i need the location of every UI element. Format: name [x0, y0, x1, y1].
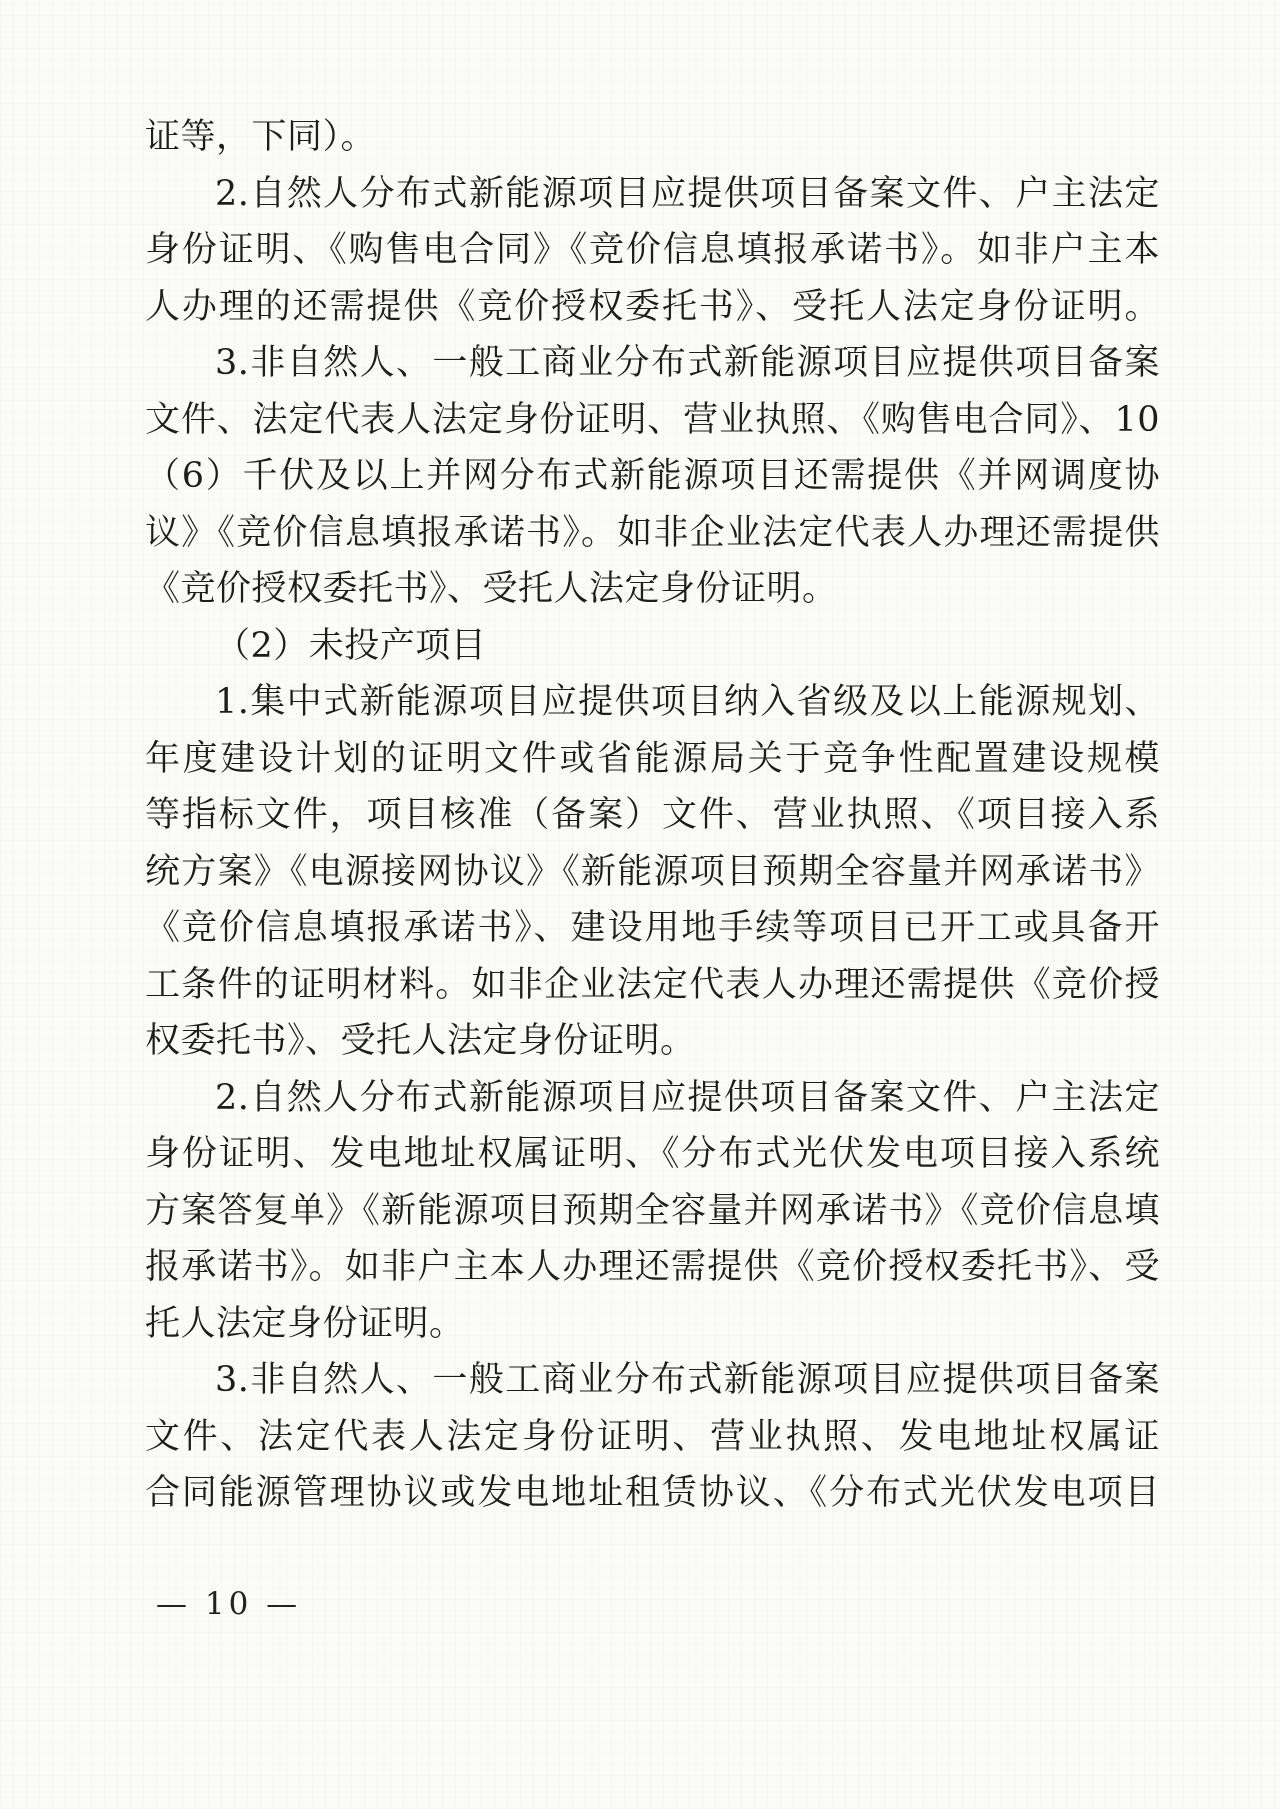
- text-line: 等指标文件，项目核准（备案）文件、营业执照、《项目接入系: [145, 787, 1160, 844]
- text-line: 工条件的证明材料。如非企业法定代表人办理还需提供《竞价授: [145, 957, 1160, 1014]
- text-line: 身份证明、发电地址权属证明、《分布式光伏发电项目接入系统: [145, 1126, 1160, 1183]
- text-line: 1.集中式新能源项目应提供项目纳入省级及以上能源规划、: [145, 674, 1160, 731]
- text-line: 2.自然人分布式新能源项目应提供项目备案文件、户主法定: [145, 166, 1160, 223]
- document-body: 证等，下同）。2.自然人分布式新能源项目应提供项目备案文件、户主法定身份证明、《…: [145, 109, 1160, 1522]
- text-line: 文件、法定代表人法定身份证明、营业执照、《购售电合同》、10: [145, 392, 1160, 449]
- text-line: 报承诺书》。如非户主本人办理还需提供《竞价授权委托书》、受: [145, 1239, 1160, 1296]
- text-line: 议》《竞价信息填报承诺书》。如非企业法定代表人办理还需提供: [145, 505, 1160, 562]
- text-line: 托人法定身份证明。: [145, 1296, 1160, 1353]
- page-number: — 10 —: [156, 1586, 301, 1622]
- text-line: 身份证明、《购售电合同》《竞价信息填报承诺书》。如非户主本: [145, 222, 1160, 279]
- text-line: 2.自然人分布式新能源项目应提供项目备案文件、户主法定: [145, 1070, 1160, 1127]
- text-line: 3.非自然人、一般工商业分布式新能源项目应提供项目备案: [145, 335, 1160, 392]
- text-line: 文件、法定代表人法定身份证明、营业执照、发电地址权属证明、: [145, 1409, 1160, 1466]
- text-line: 《竞价授权委托书》、受托人法定身份证明。: [145, 561, 1160, 618]
- text-line: 合同能源管理协议或发电地址租赁协议、《分布式光伏发电项目: [145, 1465, 1160, 1522]
- text-line: 年度建设计划的证明文件或省能源局关于竞争性配置建设规模: [145, 731, 1160, 788]
- text-line: 权委托书》、受托人法定身份证明。: [145, 1013, 1160, 1070]
- text-line: 证等，下同）。: [145, 109, 1160, 166]
- text-line: （2）未投产项目: [145, 618, 1160, 675]
- text-line: 统方案》《电源接网协议》《新能源项目预期全容量并网承诺书》: [145, 844, 1160, 901]
- page-footer: — 10 —: [156, 1586, 301, 1622]
- text-line: 方案答复单》《新能源项目预期全容量并网承诺书》《竞价信息填: [145, 1183, 1160, 1240]
- text-line: 《竞价信息填报承诺书》、建设用地手续等项目已开工或具备开: [145, 900, 1160, 957]
- text-line: （6）千伏及以上并网分布式新能源项目还需提供《并网调度协: [145, 448, 1160, 505]
- text-line: 人办理的还需提供《竞价授权委托书》、受托人法定身份证明。: [145, 279, 1160, 336]
- text-line: 3.非自然人、一般工商业分布式新能源项目应提供项目备案: [145, 1352, 1160, 1409]
